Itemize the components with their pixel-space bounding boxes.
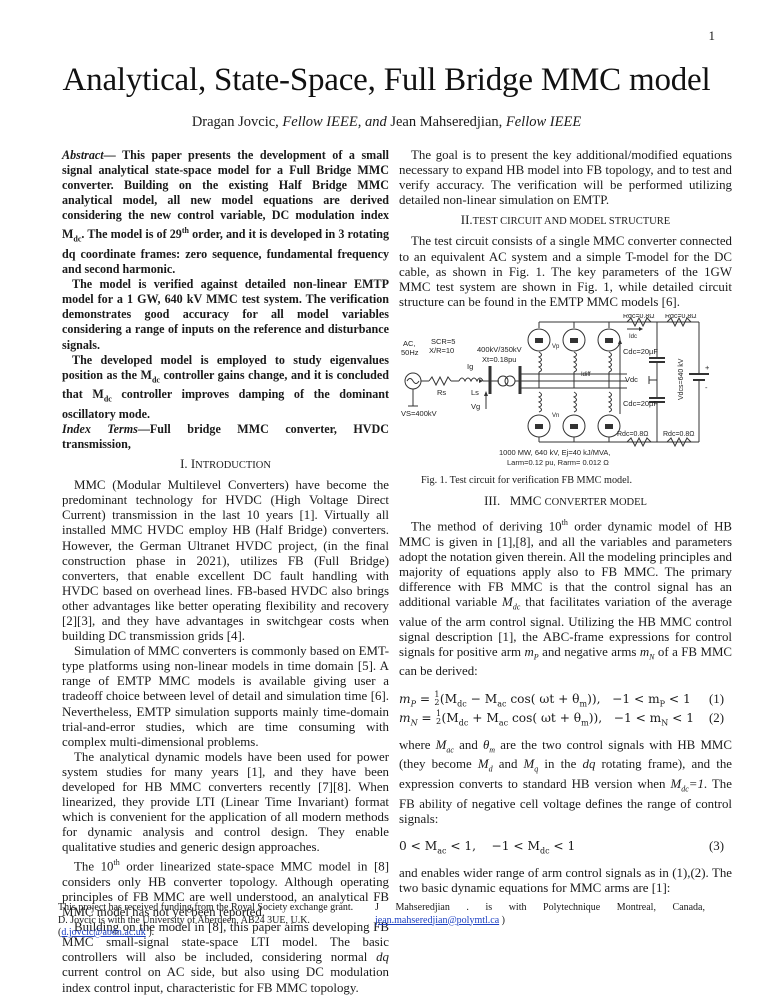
converter-model-paragraph-1: The method of deriving 10th order dynami…: [399, 515, 732, 679]
page-number: 1: [709, 28, 716, 44]
index-terms-label: Index Terms: [62, 422, 138, 436]
intro-paragraph-3: The analytical dynamic models have been …: [62, 750, 389, 856]
xt-label: Xt=0.18pu: [482, 355, 516, 364]
footnote-left: This project has received funding from t…: [58, 902, 370, 940]
rdc-top-right-label: Rdc=0.8Ω: [665, 314, 697, 320]
equation-2: mN = 12(Mdc + Mac cos( ωt + θm)), −1 < m…: [399, 709, 732, 728]
cdc-top-label: Cdc=20µF: [623, 347, 658, 356]
ls-label: Ls: [471, 388, 479, 397]
author-line: Dragan Jovcic, Fellow IEEE, and Jean Mah…: [0, 114, 773, 131]
abstract-paragraph-3: The developed model is employed to study…: [62, 353, 389, 422]
circuit-diagram-icon: AC, 50Hz SCR=5 X/R=10 VS=400kV Rs Ls Ig …: [399, 314, 732, 469]
index-terms: Index Terms—Full bridge MMC converter, H…: [62, 422, 389, 452]
test-circuit-paragraph: The test circuit consists of a single MM…: [399, 234, 732, 309]
rdc-bottom-left-label: Rdc=0.8Ω: [617, 431, 649, 438]
converter-model-paragraph-2: where Mac and θm are the two control sig…: [399, 738, 732, 827]
ac-source-label: AC,: [403, 339, 416, 348]
intro-paragraph-2: Simulation of MMC converters is commonly…: [62, 644, 389, 750]
author-2-role: Fellow IEEE: [506, 114, 581, 130]
vn-label: Vn: [552, 413, 559, 419]
equation-1: mP = 12(Mdc − Mac cos( ωt + θm)), −1 < m…: [399, 690, 732, 709]
transformer-label: 400kV/350kV: [477, 345, 522, 354]
left-column: Abstract— This paper presents the develo…: [62, 148, 389, 996]
idiff-label: Idiff: [581, 372, 591, 378]
intro-paragraph-6: The goal is to present the key additiona…: [399, 148, 732, 208]
vdc-label: Vdc: [625, 375, 638, 384]
vs-label: VS=400kV: [401, 409, 437, 418]
rdc-top-left-label: Rdc=0.8Ω: [623, 314, 655, 320]
right-column: The goal is to present the key additiona…: [399, 148, 732, 896]
converter-model-paragraph-3: and enables wider range of arm control s…: [399, 866, 732, 896]
footnote-right: J Mahseredjian . is with Polytechnique M…: [375, 902, 705, 927]
section-heading-test-circuit: II.TEST CIRCUIT AND MODEL STRUCTURE: [399, 213, 732, 229]
rs-label: Rs: [437, 388, 446, 397]
abstract: Abstract— This paper presents the develo…: [62, 148, 389, 452]
figure-1-circuit-diagram: AC, 50Hz SCR=5 X/R=10 VS=400kV Rs Ls Ig …: [399, 314, 732, 469]
section-heading-introduction: I. INTRODUCTION: [62, 457, 389, 473]
email-link-jovcic[interactable]: d.jovcic@abdn.ac.uk: [61, 927, 145, 938]
plus-label: +: [705, 363, 710, 372]
email-link-mahseredjian[interactable]: jean.mahseredjian@polymtl.ca: [375, 915, 499, 926]
scr-label: SCR=5: [431, 337, 455, 346]
ig-label: Ig: [467, 362, 473, 371]
vg-label: Vg: [471, 402, 480, 411]
spec-line-1: 1000 MW, 640 kV, Ej=40 kJ/MVA,: [499, 448, 611, 457]
author-2: Jean Mahseredjian,: [390, 114, 502, 130]
abstract-paragraph-2: The model is verified against detailed n…: [62, 277, 389, 352]
section-heading-converter-model: III. MMC CONVERTER MODEL: [399, 494, 732, 510]
intro-paragraph-1: MMC (Modular Multilevel Converters) have…: [62, 478, 389, 644]
abstract-paragraph-1: Abstract— This paper presents the develo…: [62, 148, 389, 277]
idc-label: Idc: [629, 334, 637, 340]
figure-1-caption: Fig. 1. Test circuit for verification FB…: [421, 473, 732, 488]
cdc-bottom-label: Cdc=20µF: [623, 399, 658, 408]
rdc-bottom-right-label: Rdc=0.8Ω: [663, 431, 695, 438]
ac-freq-label: 50Hz: [401, 348, 419, 357]
paper-title: Analytical, State-Space, Full Bridge MMC…: [0, 62, 773, 99]
vdcs-label: Vdcs=640 kV: [678, 358, 685, 400]
spec-line-2: Larm=0.12 pu, Rarm= 0.012 Ω: [507, 458, 609, 467]
xr-label: X/R=10: [429, 346, 454, 355]
abstract-label: Abstract: [62, 148, 104, 162]
author-1: Dragan Jovcic,: [192, 114, 279, 130]
vp-label: Vp: [552, 344, 560, 350]
equation-3: 0 < Mac < 1, −1 < Mdc < 1 (3): [399, 837, 732, 856]
author-1-role: Fellow IEEE, and: [282, 114, 386, 130]
minus-label: -: [705, 383, 708, 392]
